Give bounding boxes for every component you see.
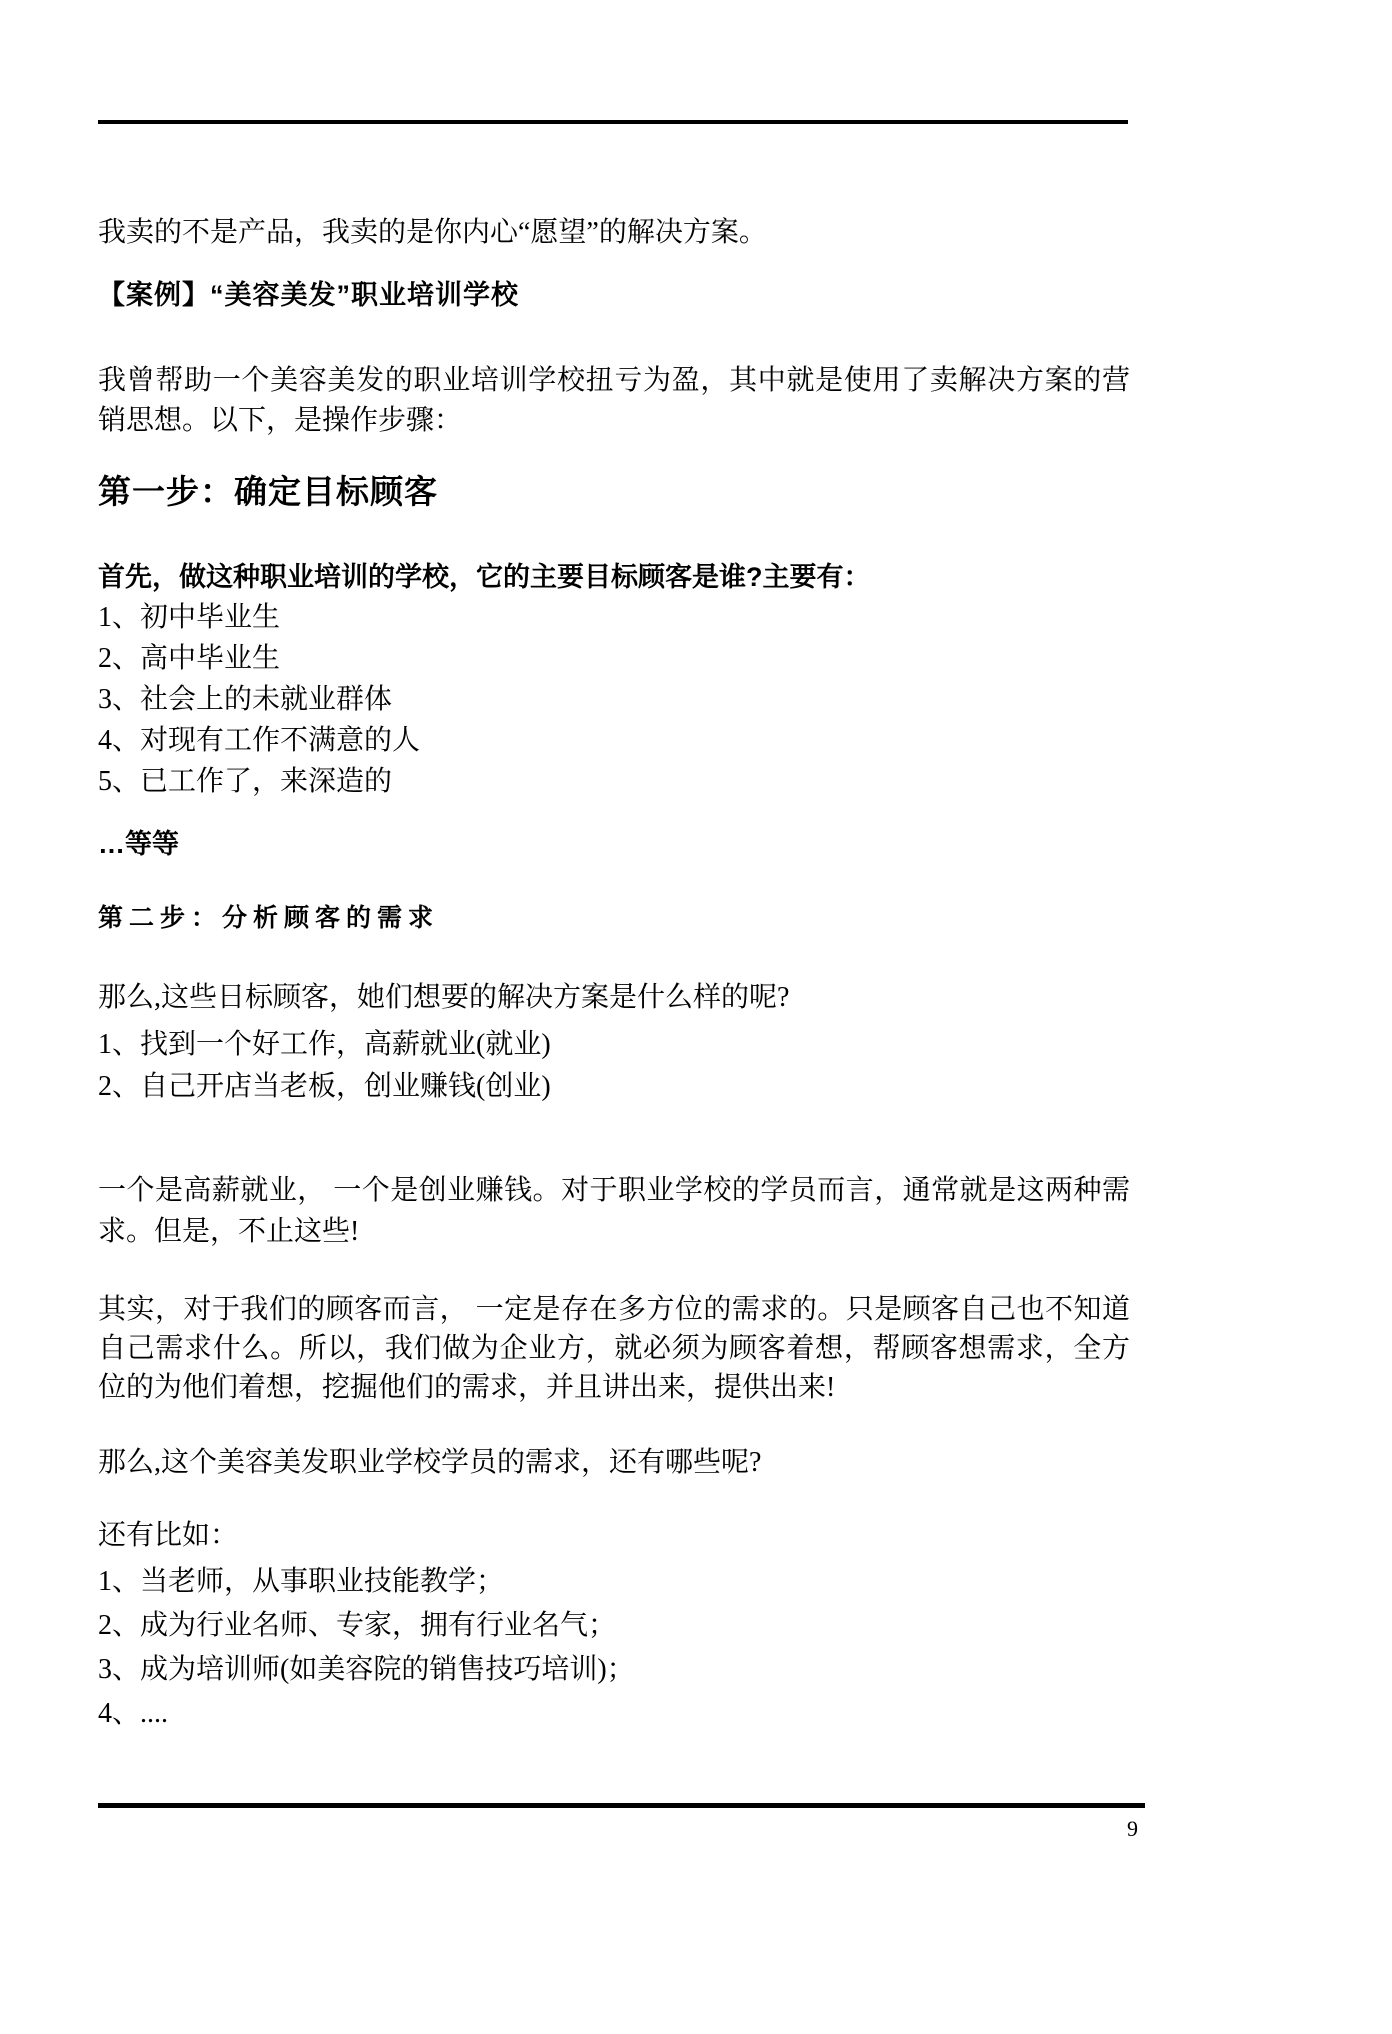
step2-question1: 那么,这些日标顾客，她们想要的解决方案是什么样的呢? [98,978,1130,1018]
step1-heading: 第一步：确定目标顾客 [98,470,1130,514]
list-item: 1、找到一个好工作，高薪就业(就业) [98,1024,1130,1066]
list-item: 2、成为行业名师、专家，拥有行业名气； [98,1604,1130,1648]
step1-customer-list: 1、初中毕业生 2、高中毕业生 3、社会上的未就业群体 4、对现有工作不满意的人… [98,597,1130,802]
step2-heading: 第二步：分析顾客的需求 [98,898,1130,938]
list-item: 1、初中毕业生 [98,597,1130,638]
list-item: 2、高中毕业生 [98,638,1130,679]
etc-line: …等等 [98,824,1130,864]
case-heading: 【案例】“美容美发”职业培训学校 [98,275,1130,315]
step2-paragraph-3: 还有比如： [98,1516,1130,1556]
footer-rule [98,1803,1145,1808]
list-item: 4、.... [98,1692,1130,1736]
list-item: 2、自己开店当老板，创业赚钱(创业) [98,1066,1130,1108]
list-item: 3、社会上的未就业群体 [98,679,1130,720]
document-page: 我卖的不是产品，我卖的是你内心“愿望”的解决方案。 【案例】“美容美发”职业培训… [0,0,1392,2034]
header-rule [98,120,1128,124]
list-item: 1、当老师，从事职业技能教学； [98,1560,1130,1604]
step2-needs-list: 1、当老师，从事职业技能教学； 2、成为行业名师、专家，拥有行业名气； 3、成为… [98,1560,1130,1736]
intro-paragraph: 我卖的不是产品，我卖的是你内心“愿望”的解决方案。 [98,213,1130,253]
case-body-paragraph: 我曾帮助一个美容美发的职业培训学校扭亏为盈，其中就是使用了卖解决方案的营销思想。… [98,361,1130,441]
step2-solution-list: 1、找到一个好工作，高薪就业(就业) 2、自己开店当老板，创业赚钱(创业) [98,1024,1130,1108]
list-item: 4、对现有工作不满意的人 [98,720,1130,761]
step1-lead-paragraph: 首先，做这种职业培训的学校，它的主要目标顾客是谁?主要有： [98,557,1130,597]
page-number: 9 [98,1812,1138,1846]
step2-paragraph-1: 一个是高薪就业， 一个是创业赚钱。对于职业学校的学员而言，通常就是这两种需求。但… [98,1170,1130,1252]
list-item: 5、已工作了，来深造的 [98,761,1130,802]
step2-paragraph-2: 其实，对于我们的顾客而言， 一定是存在多方位的需求的。只是顾客自己也不知道自己需… [98,1290,1130,1407]
list-item: 3、成为培训师(如美容院的销售技巧培训)； [98,1648,1130,1692]
step2-question2: 那么,这个美容美发职业学校学员的需求，还有哪些呢? [98,1443,1130,1483]
